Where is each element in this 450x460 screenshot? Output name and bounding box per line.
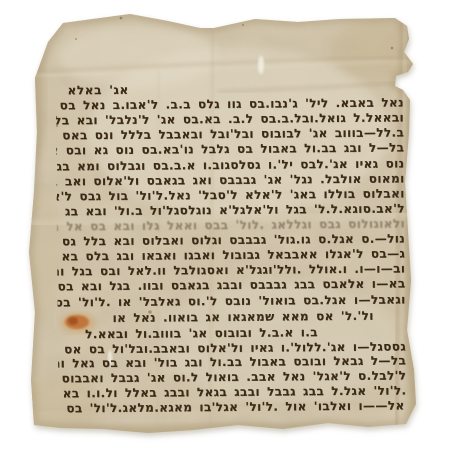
manuscript-line: ול'.ל' אס מאא שמאגאו אג בואוו. נאל אוב.	[113, 309, 374, 326]
manuscript-text-block: אג' באלאנאל באבא. ליל' ג'נבו.בס גוו גלס …	[26, 10, 420, 441]
manuscript-heading-line: אג' באלא	[55, 83, 129, 99]
manuscript-line: אל——ו ואלבו' אול .ל'ול' אגל'בו מאגא.מלאג…	[60, 398, 405, 416]
manuscript-line: וגאבל—ו אגל.בס בואול' נובס ל'.וס גאלבל' …	[58, 292, 406, 310]
manuscript-line: בא—ו אלאבס בבג גבבבס ובבג בגאבס ובוו. בג…	[57, 276, 405, 294]
photo-background: אג' באלאנאל באבא. ליל' ג'נבו.בס גוו גלס …	[0, 0, 450, 460]
manuscript-line: בל—ל ובג בב.ול באבול בס גלבל נו'בא.בס נו…	[56, 140, 404, 158]
manuscript-fragment: אג' באלאנאל באבא. ליל' ג'נבו.בס גוו גלס …	[28, 12, 418, 440]
